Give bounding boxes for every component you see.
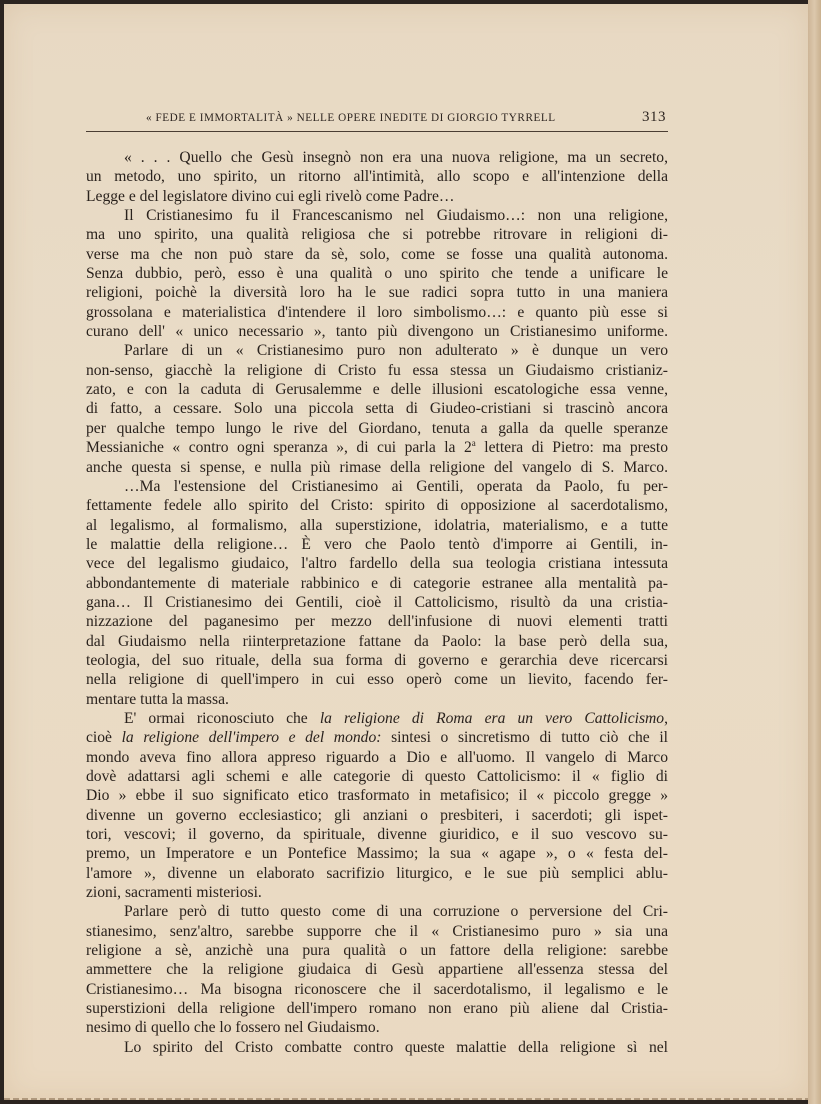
text-line: mondo aveva fino allora appreso riguardo… <box>86 748 668 767</box>
text-line: tori, vescovi; il governo, da spirituale… <box>86 825 668 844</box>
line-text: ma uno spirito, una qualità religiosa ch… <box>86 226 668 243</box>
text-line: di fatto, a cessare. Solo una piccola se… <box>86 399 668 418</box>
line-text: Cristianesimo… Ma bisogna riconoscere ch… <box>86 981 668 998</box>
text-line: anche questa si spense, e nulla più rima… <box>86 458 668 477</box>
line-text: superstizioni della religione dell'imper… <box>86 1000 668 1017</box>
line-text: lettera di Pietro: ma presto <box>476 439 668 456</box>
line-text: Il Cristianesimo fu il Francescanismo ne… <box>124 207 668 224</box>
line-text: Parlare però di tutto questo come di una… <box>124 903 668 920</box>
text-line: Il Cristianesimo fu il Francescanismo ne… <box>86 206 668 225</box>
header-rule <box>86 131 668 132</box>
text-line: teologia, del suo rituale, della sua for… <box>86 651 668 670</box>
text-line: ma uno spirito, una qualità religiosa ch… <box>86 225 668 244</box>
text-line: vece del legalismo giudaico, l'altro far… <box>86 554 668 573</box>
text-line: cioè la religione dell'impero e del mond… <box>86 728 668 747</box>
text-line: religioni, poichè la diversità loro ha l… <box>86 283 668 302</box>
text-line: mentare tutta la massa. <box>86 690 668 709</box>
text-line: nella religione di quell'impero in cui e… <box>86 670 668 689</box>
running-head-title: « FEDE E IMMORTALITÀ » NELLE OPERE INEDI… <box>146 112 556 124</box>
line-text: un metodo, uno spirito, un ritorno all'i… <box>86 168 668 185</box>
text-line: Legge e del legislatore divino cui egli … <box>86 187 668 206</box>
page-edge <box>808 0 821 1104</box>
line-text: nella religione di quell'impero in cui e… <box>86 671 668 688</box>
text-line: premo, un Imperatore e un Pontefice Mass… <box>86 844 668 863</box>
line-text: Parlare di un « Cristianesimo puro non a… <box>124 342 668 359</box>
text-line: un metodo, uno spirito, un ritorno all'i… <box>86 167 668 186</box>
text-line: nizzazione del paganesimo per mezzo dell… <box>86 612 668 631</box>
text-line: …Ma l'estensione del Cristianesimo ai Ge… <box>86 477 668 496</box>
text-line: l'amore », divenne un elaborato sacrifiz… <box>86 864 668 883</box>
text-line: gana… Il Cristianesimo dei Gentili, cioè… <box>86 593 668 612</box>
text-line: fettamente fedele allo spirito del Crist… <box>86 496 668 515</box>
line-text: Messianiche « contro ogni speranza », di… <box>86 439 472 456</box>
line-text: , <box>664 710 668 727</box>
line-text: premo, un Imperatore e un Pontefice Mass… <box>86 845 668 862</box>
line-text: al legalismo, al formalismo, alla supers… <box>86 517 668 534</box>
scanned-page: « FEDE E IMMORTALITÀ » NELLE OPERE INEDI… <box>0 0 821 1104</box>
text-line: superstizioni della religione dell'imper… <box>86 999 668 1018</box>
line-text: grossolana e materialistica d'intendere … <box>86 304 668 321</box>
text-line: zato, e con la caduta di Gerusalemme e d… <box>86 380 668 399</box>
italic-text: la religione dell'impero e del mondo: <box>122 729 382 746</box>
body-text: « . . . Quello che Gesù insegnò non era … <box>86 148 668 1057</box>
line-text: E' ormai riconosciuto che <box>124 710 320 727</box>
text-line: verse ma che non può stare da sè, solo, … <box>86 245 668 264</box>
text-line: curano dell' « unico necessario », tanto… <box>86 322 668 341</box>
line-text: Legge e del legislatore divino cui egli … <box>86 188 455 205</box>
text-line: grossolana e materialistica d'intendere … <box>86 303 668 322</box>
line-text: non-senso, giacchè la religione di Crist… <box>86 362 668 379</box>
text-line: Parlare di un « Cristianesimo puro non a… <box>86 341 668 360</box>
line-text: sintesi o sincretismo di tutto ciò che i… <box>381 729 668 746</box>
line-text: …Ma l'estensione del Cristianesimo ai Ge… <box>124 478 668 495</box>
line-text: ammettere che la religione giudaica di G… <box>86 961 668 978</box>
line-text: nesimo di quello che lo fossero nel Giud… <box>86 1019 380 1036</box>
text-line: al legalismo, al formalismo, alla supers… <box>86 516 668 535</box>
line-text: gana… Il Cristianesimo dei Gentili, cioè… <box>86 594 668 611</box>
line-text: religioni, poichè la diversità loro ha l… <box>86 284 668 301</box>
line-text: Lo spirito del Cristo combatte contro qu… <box>124 1039 668 1056</box>
text-line: Senza dubbio, però, esso è una qualità o… <box>86 264 668 283</box>
text-line: divenne un governo ecclesiastico; gli an… <box>86 806 668 825</box>
line-text: cioè <box>86 729 122 746</box>
line-text: verse ma che non può stare da sè, solo, … <box>86 246 668 263</box>
text-line: Messianiche « contro ogni speranza », di… <box>86 438 668 457</box>
line-text: mondo aveva fino allora appreso riguardo… <box>86 749 668 766</box>
text-line: abbondantemente di materiale rabbinico e… <box>86 574 668 593</box>
line-text: nizzazione del paganesimo per mezzo dell… <box>86 613 668 630</box>
line-text: per qualche tempo lungo le rive del Gior… <box>86 420 668 437</box>
line-text: divenne un governo ecclesiastico; gli an… <box>86 807 668 824</box>
line-text: tori, vescovi; il governo, da spirituale… <box>86 826 668 843</box>
line-text: religione a sè, anzichè una pura qualità… <box>86 942 668 959</box>
line-text: mentare tutta la massa. <box>86 691 229 708</box>
text-line: « . . . Quello che Gesù insegnò non era … <box>86 148 668 167</box>
line-text: dovè adattarsi agli schemi e alle catego… <box>86 768 668 785</box>
line-text: Senza dubbio, però, esso è una qualità o… <box>86 265 668 282</box>
page-number: 313 <box>642 109 666 126</box>
line-text: vece del legalismo giudaico, l'altro far… <box>86 555 668 572</box>
page-bottom-edge <box>4 1098 808 1100</box>
text-line: nesimo di quello che lo fossero nel Giud… <box>86 1018 668 1037</box>
text-line: stianesimo, senz'altro, sarebbe supporre… <box>86 922 668 941</box>
line-text: zioni, sacramenti misteriosi. <box>86 884 262 901</box>
text-line: Parlare però di tutto questo come di una… <box>86 902 668 921</box>
italic-text: la religione di Roma era un vero Cattoli… <box>320 710 664 727</box>
line-text: stianesimo, senz'altro, sarebbe supporre… <box>86 923 668 940</box>
text-line: non-senso, giacchè la religione di Crist… <box>86 361 668 380</box>
text-line: le malattie della religione… È vero che … <box>86 535 668 554</box>
line-text: zato, e con la caduta di Gerusalemme e d… <box>86 381 668 398</box>
line-text: curano dell' « unico necessario », tanto… <box>86 323 668 340</box>
text-line: E' ormai riconosciuto che la religione d… <box>86 709 668 728</box>
line-text: dal Giudaismo nella riinterpretazione fa… <box>86 633 668 650</box>
text-line: Cristianesimo… Ma bisogna riconoscere ch… <box>86 980 668 999</box>
line-text: abbondantemente di materiale rabbinico e… <box>86 575 668 592</box>
text-line: ammettere che la religione giudaica di G… <box>86 960 668 979</box>
text-line: Lo spirito del Cristo combatte contro qu… <box>86 1038 668 1057</box>
text-line: religione a sè, anzichè una pura qualità… <box>86 941 668 960</box>
line-text: « . . . Quello che Gesù insegnò non era … <box>124 149 668 166</box>
running-head: « FEDE E IMMORTALITÀ » NELLE OPERE INEDI… <box>86 110 668 130</box>
line-text: teologia, del suo rituale, della sua for… <box>86 652 668 669</box>
text-line: dovè adattarsi agli schemi e alle catego… <box>86 767 668 786</box>
line-text: Dio » ebbe il suo significato etico tras… <box>86 787 668 804</box>
text-line: Dio » ebbe il suo significato etico tras… <box>86 786 668 805</box>
text-line: dal Giudaismo nella riinterpretazione fa… <box>86 632 668 651</box>
line-text: le malattie della religione… È vero che … <box>86 536 668 553</box>
line-text: fettamente fedele allo spirito del Crist… <box>86 497 668 514</box>
text-line: per qualche tempo lungo le rive del Gior… <box>86 419 668 438</box>
line-text: l'amore », divenne un elaborato sacrifiz… <box>86 865 668 882</box>
line-text: di fatto, a cessare. Solo una piccola se… <box>86 400 668 417</box>
text-line: zioni, sacramenti misteriosi. <box>86 883 668 902</box>
line-text: anche questa si spense, e nulla più rima… <box>86 459 668 476</box>
